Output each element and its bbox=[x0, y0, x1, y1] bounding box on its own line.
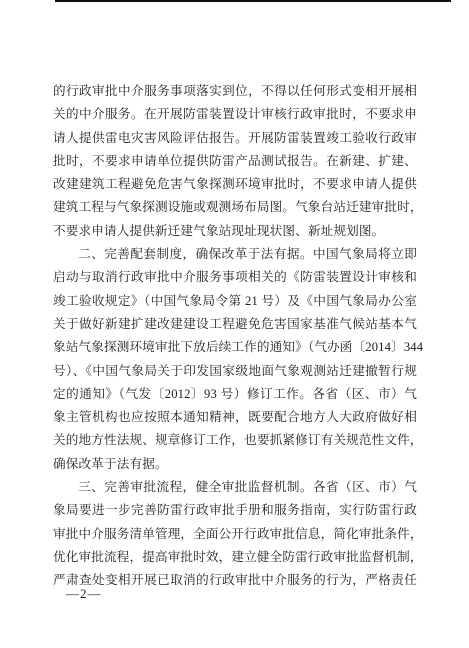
text-line: 不要求申请人提供新迁建气象站现址现状图、新址规划图。 bbox=[53, 220, 417, 243]
text-line: 改建建筑工程避免危害气象探测环境审批时，不要求申请人提供 bbox=[53, 173, 417, 196]
paragraph-section-three: 三、完善审批流程，健全审批监督机制。各省（区、市）气 象局要进一步完善防雷行政审… bbox=[53, 476, 417, 592]
document-page: 的行政审批中介服务事项落实到位，不得以任何形式变相开展相 关的中介服务。在开展防… bbox=[0, 0, 469, 648]
text-line: 启动与取消行政审批中介服务事项相关的《防雷装置设计审核和 bbox=[53, 266, 417, 289]
text-line: 严肃查处变相开展已取消的行政审批中介服务的行为，严格责任 bbox=[53, 569, 417, 592]
text-line: 确保改革于法有据。 bbox=[53, 453, 417, 476]
text-line: 竣工验收规定》（中国气象局令第 21 号）及《中国气象局办公室 bbox=[53, 290, 417, 313]
text-line: 二、完善配套制度，确保改革于法有据。中国气象局将立即 bbox=[53, 243, 417, 266]
text-line: 象站气象探测环境审批下放后续工作的通知》（气办函〔2014〕344 bbox=[53, 336, 417, 359]
scan-artifact-line bbox=[55, 0, 451, 2]
text-line: 象主管机构也应按照本通知精神，既要配合地方人大政府做好相 bbox=[53, 406, 417, 429]
page-number: —2— bbox=[66, 586, 102, 602]
text-line: 号）、《中国气象局关于印发国家级地面气象观测站迁建撤暂行规 bbox=[53, 360, 417, 383]
paragraph-continuation: 的行政审批中介服务事项落实到位，不得以任何形式变相开展相 关的中介服务。在开展防… bbox=[53, 80, 417, 243]
text-line: 请人提供雷电灾害风险评估报告。开展防雷装置竣工验收行政审 bbox=[53, 127, 417, 150]
text-line: 关的中介服务。在开展防雷装置设计审核行政审批时，不要求申 bbox=[53, 103, 417, 126]
text-line: 批时，不要求申请单位提供防雷产品测试报告。在新建、扩建、 bbox=[53, 150, 417, 173]
paragraph-section-two: 二、完善配套制度，确保改革于法有据。中国气象局将立即 启动与取消行政审批中介服务… bbox=[53, 243, 417, 476]
text-line: 审批中介服务清单管理，全面公开行政审批信息，简化审批条件， bbox=[53, 523, 417, 546]
text-line: 的行政审批中介服务事项落实到位，不得以任何形式变相开展相 bbox=[53, 80, 417, 103]
text-line: 优化审批流程，提高审批时效，建立健全防雷行政审批监督机制， bbox=[53, 546, 417, 569]
document-body: 的行政审批中介服务事项落实到位，不得以任何形式变相开展相 关的中介服务。在开展防… bbox=[53, 80, 417, 593]
text-line: 定的通知》（气发〔2012〕93 号）修订工作。各省（区、市）气 bbox=[53, 383, 417, 406]
text-line: 三、完善审批流程，健全审批监督机制。各省（区、市）气 bbox=[53, 476, 417, 499]
text-line: 象局要进一步完善防雷行政审批手册和服务指南，实行防雷行政 bbox=[53, 499, 417, 522]
text-line: 建筑工程与气象探测设施或观测场布局图。气象台站迁建审批时， bbox=[53, 196, 417, 219]
text-line: 关于做好新建扩建改建建设工程避免危害国家基准气候站基本气 bbox=[53, 313, 417, 336]
text-line: 关的地方性法规、规章修订工作，也要抓紧修订有关规范性文件， bbox=[53, 429, 417, 452]
